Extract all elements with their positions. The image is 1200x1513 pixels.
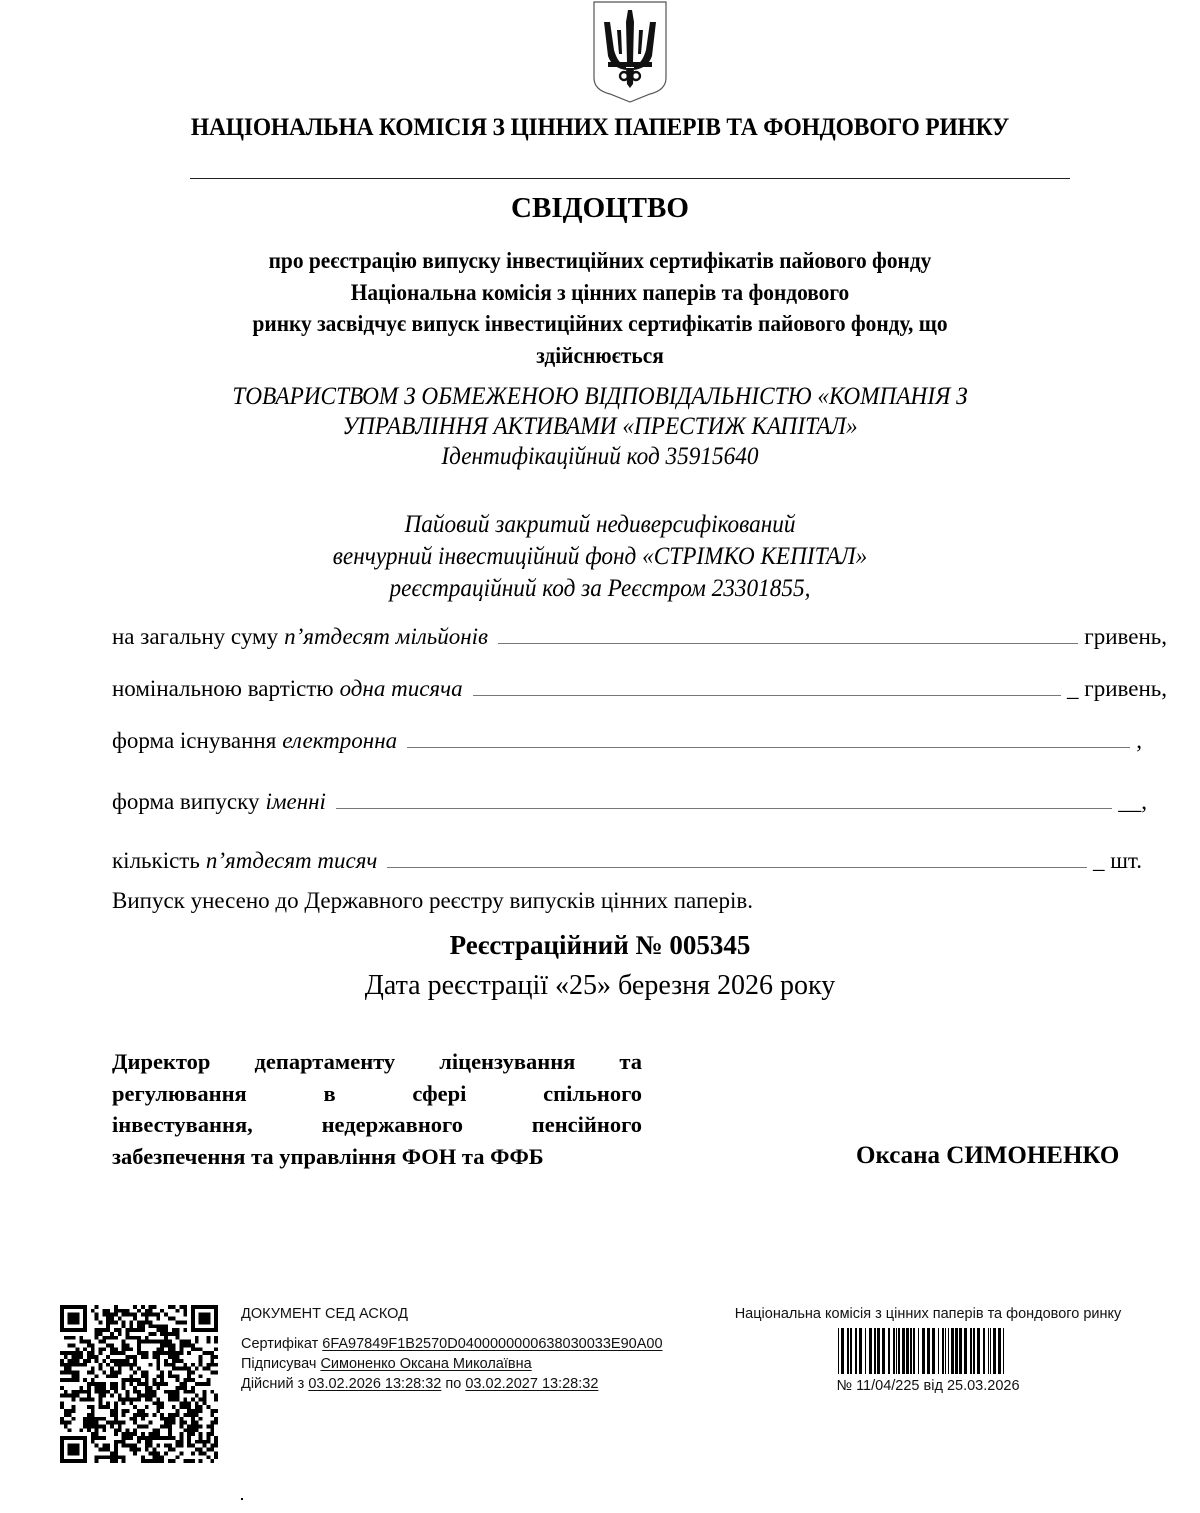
fill-line bbox=[473, 694, 1061, 696]
barcode-icon bbox=[838, 1328, 1006, 1374]
signatory-position: Директор департаменту ліцензування та ре… bbox=[112, 1046, 642, 1172]
tryzub-coat-of-arms-icon bbox=[590, 0, 670, 104]
field-value: п’ятдесят мільйонів bbox=[284, 624, 488, 650]
fill-line bbox=[407, 746, 1130, 748]
field-value: електронна bbox=[282, 728, 397, 754]
field-quantity: кількість п’ятдесят тисяч _ шт. bbox=[112, 842, 1142, 874]
registry-stamp-organization: Національна комісія з цінних паперів та … bbox=[708, 1306, 1148, 1322]
fund-block: Пайовий закритий недиверсифікований венч… bbox=[0, 509, 1200, 605]
registry-stamp-number: № 11/04/225 від 25.03.2026 bbox=[808, 1378, 1048, 1394]
signer-value: Симоненко Оксана Миколаївна bbox=[320, 1356, 531, 1372]
valid-to-value: 03.02.2027 13:28:32 bbox=[465, 1376, 598, 1392]
fund-line: венчурний інвестиційний фонд «СТРІМКО КЕ… bbox=[42, 541, 1158, 573]
field-existence-form: форма існування електронна , bbox=[112, 722, 1142, 754]
certificate-subtitle: про реєстрацію випуску інвестиційних сер… bbox=[0, 245, 1200, 371]
certificate-label: Сертифікат bbox=[241, 1336, 318, 1352]
esig-signer-row: Підписувач Симоненко Оксана Миколаївна bbox=[241, 1354, 663, 1374]
fill-line bbox=[387, 866, 1087, 868]
position-line: Директор департаменту ліцензування та bbox=[112, 1046, 642, 1078]
field-label: форма випуску bbox=[112, 789, 259, 815]
company-id-code: Ідентифікаційний код 35915640 bbox=[42, 442, 1158, 472]
fund-line: Пайовий закритий недиверсифікований bbox=[42, 509, 1158, 541]
field-label: форма існування bbox=[112, 728, 276, 754]
commission-name-heading: НАЦІОНАЛЬНА КОМІСІЯ З ЦІННИХ ПАПЕРІВ ТА … bbox=[36, 114, 1164, 142]
certificate-title: СВІДОЦТВО bbox=[0, 192, 1200, 225]
electronic-signature-block: ДОКУМЕНТ СЕД АСКОД Сертифікат 6FA97849F1… bbox=[241, 1306, 663, 1394]
subtitle-line: ринку засвідчує випуск інвестиційних сер… bbox=[42, 308, 1158, 340]
valid-from-label: Дійсний з bbox=[241, 1376, 304, 1392]
valid-from-value: 03.02.2026 13:28:32 bbox=[308, 1376, 441, 1392]
esig-validity-row: Дійсний з 03.02.2026 13:28:32 по 03.02.2… bbox=[241, 1374, 663, 1394]
field-unit: гривень, bbox=[1084, 624, 1167, 650]
position-line: регулювання в сфері спільного bbox=[112, 1078, 642, 1110]
position-line: інвестування, недержавного пенсійного bbox=[112, 1109, 642, 1141]
esig-header: ДОКУМЕНТ СЕД АСКОД bbox=[241, 1306, 663, 1322]
subtitle-line: здійснюється bbox=[42, 340, 1158, 372]
certificate-value: 6FA97849F1B2570D0400000000638030033E90A0… bbox=[322, 1336, 662, 1352]
fill-line bbox=[498, 642, 1078, 644]
qr-code-icon bbox=[60, 1305, 218, 1463]
field-label: на загальну суму bbox=[112, 624, 278, 650]
esig-certificate-row: Сертифікат 6FA97849F1B2570D0400000000638… bbox=[241, 1334, 663, 1354]
company-line: ТОВАРИСТВОМ З ОБМЕЖЕНОЮ ВІДПОВІДАЛЬНІСТЮ… bbox=[42, 382, 1158, 412]
field-value: одна тисяча bbox=[340, 676, 463, 702]
registration-date: Дата реєстрації «25» березня 2026 року bbox=[0, 970, 1200, 1002]
management-company-block: ТОВАРИСТВОМ З ОБМЕЖЕНОЮ ВІДПОВІДАЛЬНІСТЮ… bbox=[0, 382, 1200, 472]
registration-number: Реєстраційний № 005345 bbox=[0, 930, 1200, 961]
field-unit: _ шт. bbox=[1093, 848, 1142, 874]
position-line: забезпечення та управління ФОН та ФФБ bbox=[112, 1141, 642, 1173]
field-issue-form: форма випуску іменні __, bbox=[112, 783, 1147, 815]
company-line: УПРАВЛІННЯ АКТИВАМИ «ПРЕСТИЖ КАПІТАЛ» bbox=[42, 412, 1158, 442]
subtitle-line: про реєстрацію випуску інвестиційних сер… bbox=[42, 245, 1158, 277]
field-unit: _ гривень, bbox=[1067, 676, 1167, 702]
field-label: номінальною вартістю bbox=[112, 676, 334, 702]
header-divider bbox=[190, 178, 1070, 179]
field-nominal-value: номінальною вартістю одна тисяча _ гриве… bbox=[112, 670, 1167, 702]
fund-registry-code: реєстраційний код за Реєстром 23301855, bbox=[42, 573, 1158, 605]
field-unit: __, bbox=[1118, 789, 1147, 815]
field-total-amount: на загальну суму п’ятдесят мільйонів гри… bbox=[112, 618, 1167, 650]
stray-dot bbox=[241, 1498, 243, 1500]
signatory-name: Оксана СИМОНЕНКО bbox=[856, 1142, 1119, 1170]
field-unit: , bbox=[1136, 728, 1142, 754]
registry-statement: Випуск унесено до Державного реєстру вип… bbox=[112, 888, 753, 914]
signer-label: Підписувач bbox=[241, 1356, 316, 1372]
fill-line bbox=[336, 807, 1112, 809]
subtitle-line: Національна комісія з цінних паперів та … bbox=[42, 277, 1158, 309]
field-value: п’ятдесят тисяч bbox=[206, 848, 378, 874]
valid-to-label: по bbox=[445, 1376, 461, 1392]
field-value: іменні bbox=[265, 789, 326, 815]
field-label: кількість bbox=[112, 848, 200, 874]
